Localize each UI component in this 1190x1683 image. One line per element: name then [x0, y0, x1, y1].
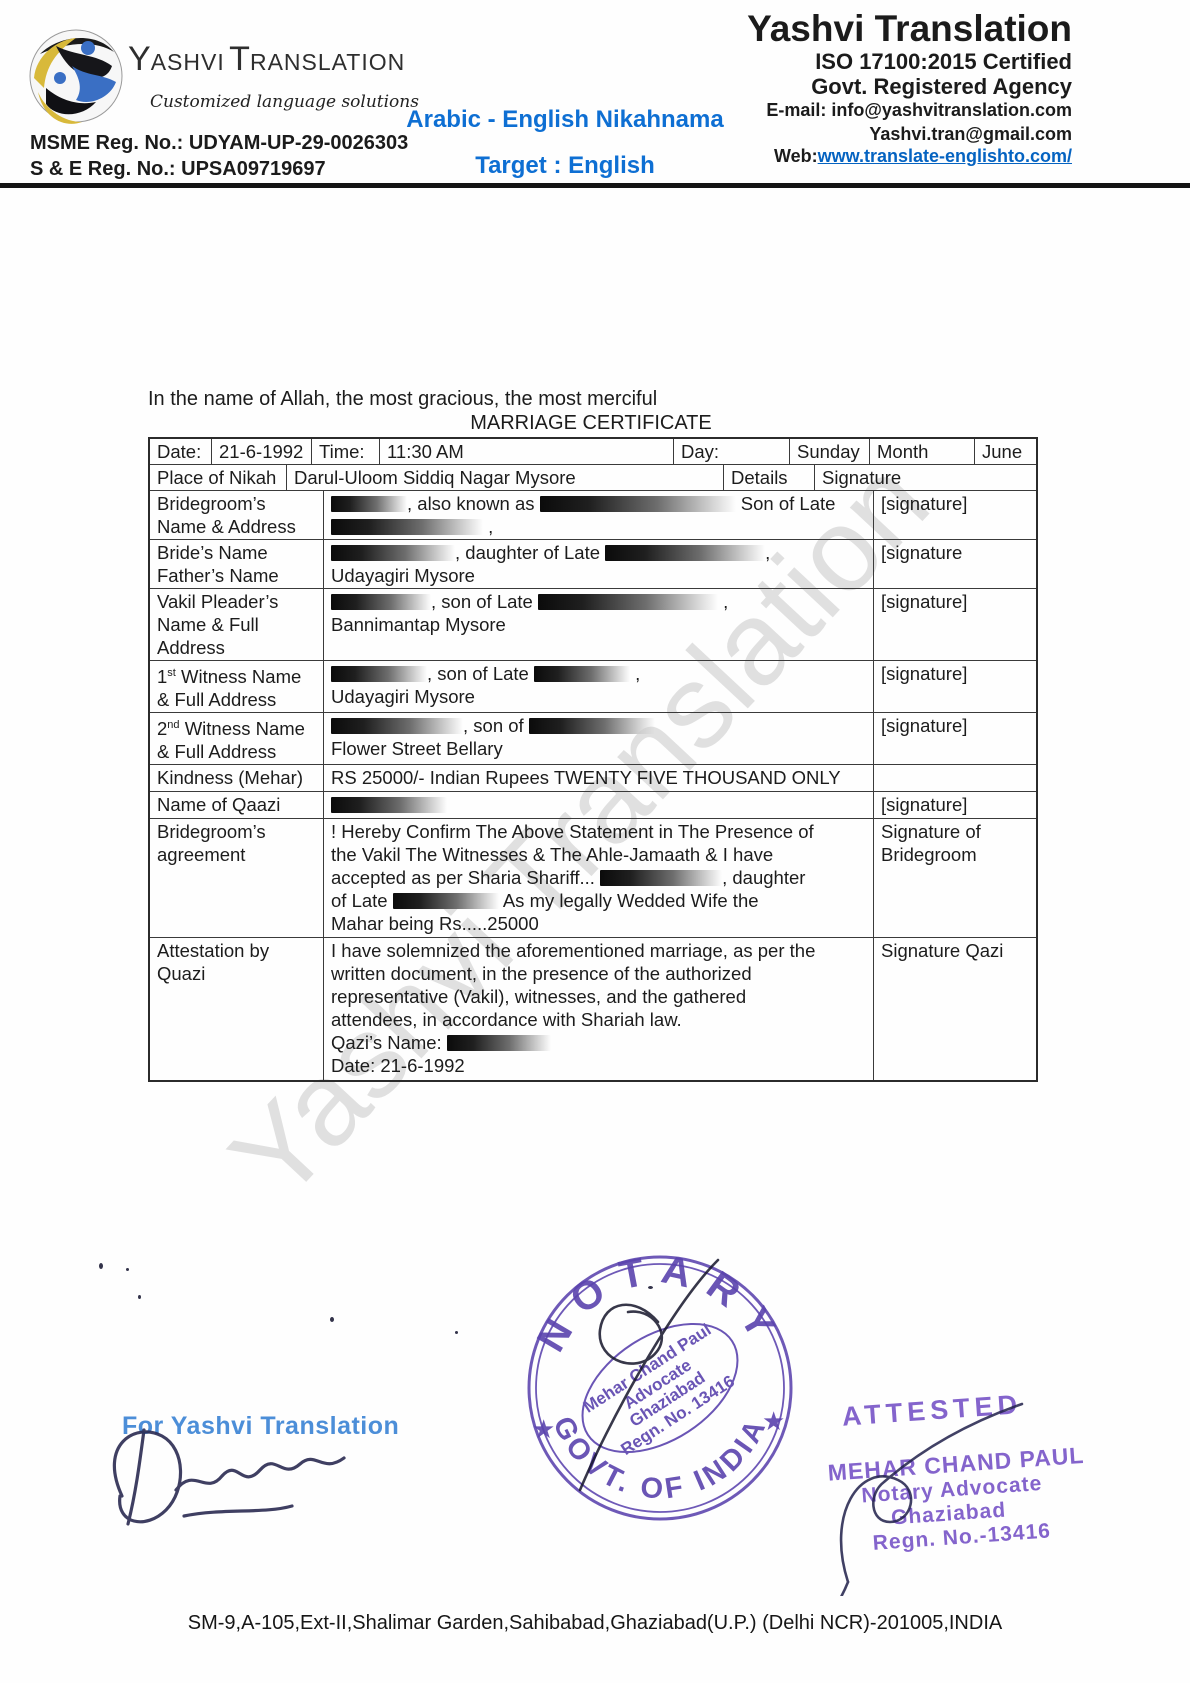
row-content: , daughter of Late , Udayagiri Mysore — [324, 540, 874, 588]
notary-round-stamp: NOTARY GOVT. OF INDIA ★ ★ Mehar Chand Pa… — [510, 1238, 810, 1538]
ink-speck — [99, 1263, 103, 1269]
redacted-text — [447, 1035, 551, 1051]
redacted-text — [529, 718, 655, 734]
scanned-document-page: YASHVI TRANSLATION Customized language s… — [0, 0, 1190, 1683]
month-label: Month — [870, 439, 975, 464]
web-line: Web:www.translate-englishto.com/ — [747, 146, 1072, 167]
row-label: Bridegroom’s agreement — [150, 819, 324, 937]
table-row-mehar: Kindness (Mehar) RS 25000/- Indian Rupee… — [150, 765, 1036, 792]
certificate-title: MARRIAGE CERTIFICATE — [148, 412, 1034, 435]
table-row-witness1: 1st Witness Name & Full Address , son of… — [150, 661, 1036, 713]
day-value: Sunday — [790, 439, 870, 464]
logo-wordmark: YASHVI TRANSLATION — [128, 40, 405, 79]
row-label: Bride’s Name Father’s Name — [150, 540, 324, 588]
signature-cell: Signature Qazi — [874, 938, 1032, 1080]
signature-cell: [signature] — [874, 661, 1032, 712]
website-link[interactable]: www.translate-englishto.com/ — [818, 146, 1072, 166]
redacted-text — [331, 666, 427, 682]
redacted-text — [331, 594, 431, 610]
header-divider — [0, 183, 1190, 188]
ink-speck — [330, 1317, 334, 1322]
table-row-agreement: Bridegroom’s agreement ! Hereby Confirm … — [150, 819, 1036, 938]
row-label: 2nd Witness Name & Full Address — [150, 713, 324, 764]
signature-cell: [signature] — [874, 713, 1032, 764]
email-primary: E-mail: info@yashvitranslation.com — [747, 99, 1072, 122]
logo-letter: Y — [128, 40, 151, 78]
signature-cell: [signature] — [874, 792, 1032, 818]
table-row-datetime: Date: 21-6-1992 Time: 11:30 AM Day: Sund… — [150, 439, 1036, 465]
table-row-bridegroom: Bridegroom’s Name & Address , also known… — [150, 491, 1036, 540]
signature-header: Signature — [815, 465, 1036, 490]
translation-heading: Arabic - English Nikahnama Target : Engl… — [340, 106, 790, 180]
iso-certification: ISO 17100:2015 Certified — [747, 49, 1072, 74]
details-header: Details — [724, 465, 815, 490]
table-row-attestation: Attestation by Quazi I have solemnized t… — [150, 938, 1036, 1080]
table-row-bride: Bride’s Name Father’s Name , daughter of… — [150, 540, 1036, 589]
logo-letter: T — [229, 40, 250, 78]
redacted-text — [331, 545, 455, 561]
row-content: , also known as Son of Late , — [324, 491, 874, 539]
document-type-heading: Arabic - English Nikahnama — [340, 106, 790, 134]
redacted-text — [538, 594, 718, 610]
row-content: I have solemnized the aforementioned mar… — [324, 938, 874, 1080]
place-value: Darul-Uloom Siddiq Nagar Mysore — [287, 465, 724, 490]
star-icon: ★ — [532, 1414, 555, 1444]
time-label: Time: — [312, 439, 380, 464]
table-row-qaazi: Name of Qaazi [signature] — [150, 792, 1036, 819]
table-row-witness2: 2nd Witness Name & Full Address , son of… — [150, 713, 1036, 765]
redacted-text — [540, 496, 736, 512]
agency-name: Yashvi Translation — [747, 10, 1072, 49]
star-icon: ★ — [762, 1406, 785, 1436]
row-label: Bridegroom’s Name & Address — [150, 491, 324, 539]
ink-speck — [455, 1331, 458, 1334]
table-row-vakil: Vakil Pleader’s Name & Full Address , so… — [150, 589, 1036, 661]
row-label: Kindness (Mehar) — [150, 765, 324, 791]
redacted-text — [600, 870, 722, 886]
web-label: Web: — [774, 146, 818, 166]
row-label: Attestation by Quazi — [150, 938, 324, 1080]
row-label: 1st Witness Name & Full Address — [150, 661, 324, 712]
target-language-heading: Target : English — [340, 152, 790, 180]
ink-speck — [126, 1268, 129, 1271]
row-label: Name of Qaazi — [150, 792, 324, 818]
ink-speck — [138, 1295, 141, 1299]
agency-header-block: Yashvi Translation ISO 17100:2015 Certif… — [747, 10, 1072, 167]
redacted-text — [605, 545, 765, 561]
row-content: ! Hereby Confirm The Above Statement in … — [324, 819, 874, 937]
redacted-text — [393, 893, 499, 909]
agency-address: SM-9,A-105,Ext-II,Shalimar Garden,Sahiba… — [50, 1612, 1140, 1635]
signature-cell: [signature] — [874, 589, 1032, 660]
signature-cell — [874, 765, 1032, 791]
globe-logo-icon — [26, 26, 128, 130]
date-value: 21-6-1992 — [212, 439, 312, 464]
day-label: Day: — [674, 439, 790, 464]
row-content: , son of Late , Udayagiri Mysore — [324, 661, 874, 712]
redacted-text — [331, 519, 483, 535]
email-secondary: Yashvi.tran@gmail.com — [747, 123, 1072, 146]
row-content: , son of Late , Bannimantap Mysore — [324, 589, 874, 660]
signature-cell: [signature] — [874, 491, 1032, 539]
redacted-text — [331, 496, 407, 512]
handwritten-signature — [80, 1418, 380, 1538]
signature-cell: Signature of Bridegroom — [874, 819, 1032, 937]
redacted-text — [331, 718, 463, 734]
redacted-text — [331, 797, 447, 813]
place-label: Place of Nikah — [150, 465, 287, 490]
certificate-table: Date: 21-6-1992 Time: 11:30 AM Day: Sund… — [148, 437, 1038, 1082]
signature-cell: [signature — [874, 540, 1032, 588]
redacted-text — [534, 666, 630, 682]
time-value: 11:30 AM — [380, 439, 674, 464]
month-value: June — [975, 439, 1036, 464]
se-reg-number: S & E Reg. No.: UPSA09719697 — [30, 158, 326, 181]
row-content — [324, 792, 874, 818]
row-content: RS 25000/- Indian Rupees TWENTY FIVE THO… — [324, 765, 874, 791]
row-content: , son of Flower Street Bellary — [324, 713, 874, 764]
attested-ink-signature — [818, 1396, 1098, 1596]
date-label: Date: — [150, 439, 212, 464]
table-row-place: Place of Nikah Darul-Uloom Siddiq Nagar … — [150, 465, 1036, 491]
bismillah-line: In the name of Allah, the most gracious,… — [148, 388, 657, 411]
row-label: Vakil Pleader’s Name & Full Address — [150, 589, 324, 660]
govt-registered: Govt. Registered Agency — [747, 74, 1072, 99]
